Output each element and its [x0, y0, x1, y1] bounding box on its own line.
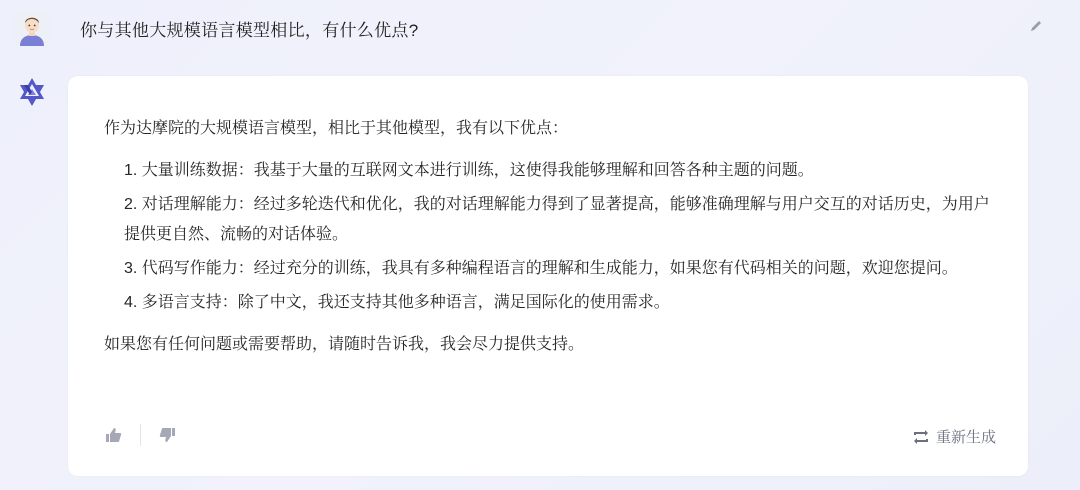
user-message-text: 你与其他大规模语言模型相比，有什么优点?: [80, 16, 418, 41]
assistant-logo-icon: [14, 76, 50, 112]
thumbs-up-icon: [105, 426, 123, 444]
regenerate-label: 重新生成: [936, 426, 996, 447]
dislike-button[interactable]: [157, 425, 177, 445]
thumbs-down-icon: [158, 426, 176, 444]
answer-intro: 作为达摩院的大规模语言模型，相比于其他模型，我有以下优点：: [104, 114, 998, 144]
advantages-list: 1. 大量训练数据：我基于大量的互联网文本进行训练，这使得我能够理解和回答各种主…: [104, 156, 998, 318]
assistant-answer-card: 作为达摩院的大规模语言模型，相比于其他模型，我有以下优点： 1. 大量训练数据：…: [68, 76, 1028, 476]
feedback-bar: [104, 424, 177, 446]
regenerate-icon: [912, 429, 930, 445]
answer-body: 作为达摩院的大规模语言模型，相比于其他模型，我有以下优点： 1. 大量训练数据：…: [104, 114, 998, 360]
answer-outro: 如果您有任何问题或需要帮助，请随时告诉我，我会尽力提供支持。: [104, 330, 998, 360]
pencil-icon[interactable]: [1028, 18, 1044, 34]
user-avatar: [14, 10, 50, 46]
user-message-row: 你与其他大规模语言模型相比，有什么优点?: [14, 10, 418, 46]
list-item: 3. 代码写作能力：经过充分的训练，我具有多种编程语言的理解和生成能力，如果您有…: [124, 254, 998, 284]
list-item: 1. 大量训练数据：我基于大量的互联网文本进行训练，这使得我能够理解和回答各种主…: [124, 156, 998, 186]
like-button[interactable]: [104, 425, 124, 445]
list-item: 2. 对话理解能力：经过多轮迭代和优化，我的对话理解能力得到了显著提高，能够准确…: [124, 190, 998, 250]
list-item: 4. 多语言支持：除了中文，我还支持其他多种语言，满足国际化的使用需求。: [124, 288, 998, 318]
feedback-divider: [140, 424, 141, 446]
user-avatar-icon: [14, 10, 50, 46]
regenerate-button[interactable]: 重新生成: [912, 426, 996, 447]
